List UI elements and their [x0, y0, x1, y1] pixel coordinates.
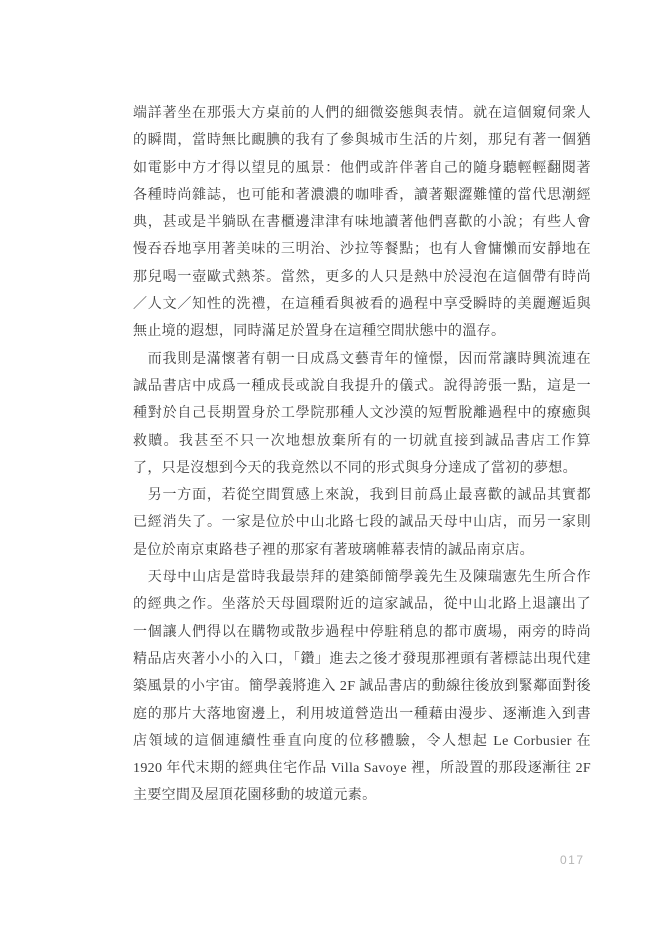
paragraph-3: 另一方面，若從空間質感上來說，我到目前爲止最喜歡的誠品其實都已經消失了。一家是位… — [133, 482, 591, 564]
page-number: 017 — [560, 853, 585, 867]
paragraph-1: 端詳著坐在那張大方桌前的人們的細微姿態與表情。就在這個窺伺衆人的瞬間，當時無比靦… — [133, 100, 591, 346]
paragraph-2: 而我則是滿懷著有朝一日成爲文藝青年的憧憬，因而常讓時興流連在誠品書店中成爲一種成… — [133, 346, 591, 482]
book-page: 端詳著坐在那張大方桌前的人們的細微姿態與表情。就在這個窺伺衆人的瞬間，當時無比靦… — [0, 0, 663, 932]
body-text: 端詳著坐在那張大方桌前的人們的細微姿態與表情。就在這個窺伺衆人的瞬間，當時無比靦… — [133, 100, 591, 810]
paragraph-4: 天母中山店是當時我最崇拜的建築師簡學義先生及陳瑞憲先生所合作的經典之作。坐落於天… — [133, 564, 591, 810]
